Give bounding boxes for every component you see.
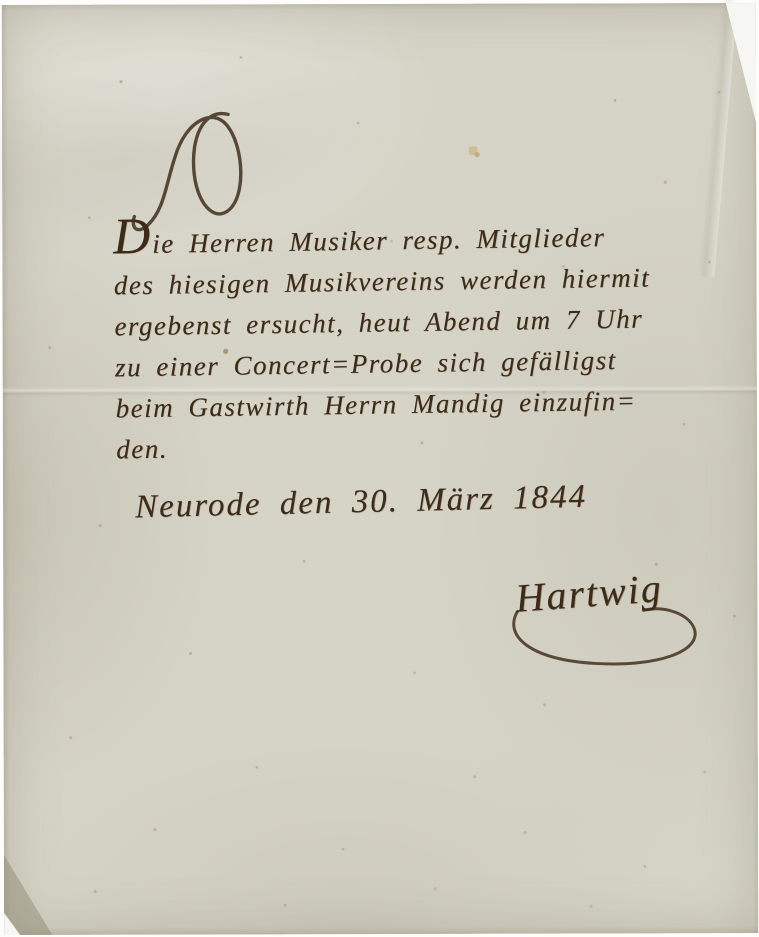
paper-speckles [2, 5, 4, 7]
signature-block: Hartwig [501, 563, 721, 664]
letter-line: Die Herren Musiker resp. Mitglieder [113, 207, 724, 265]
signature-flourish-underline [501, 597, 711, 670]
paper-corner-top-right [726, 3, 756, 123]
scanned-letter: Die Herren Musiker resp. Mitglieder des … [0, 0, 759, 937]
paper-sheet: Die Herren Musiker resp. Mitglieder des … [2, 3, 758, 935]
paper-corner-bottom-left [4, 913, 20, 935]
letter-body: Die Herren Musiker resp. Mitglieder des … [113, 207, 727, 470]
letter-dateline: Neurode den 30. März 1844 [135, 479, 588, 527]
